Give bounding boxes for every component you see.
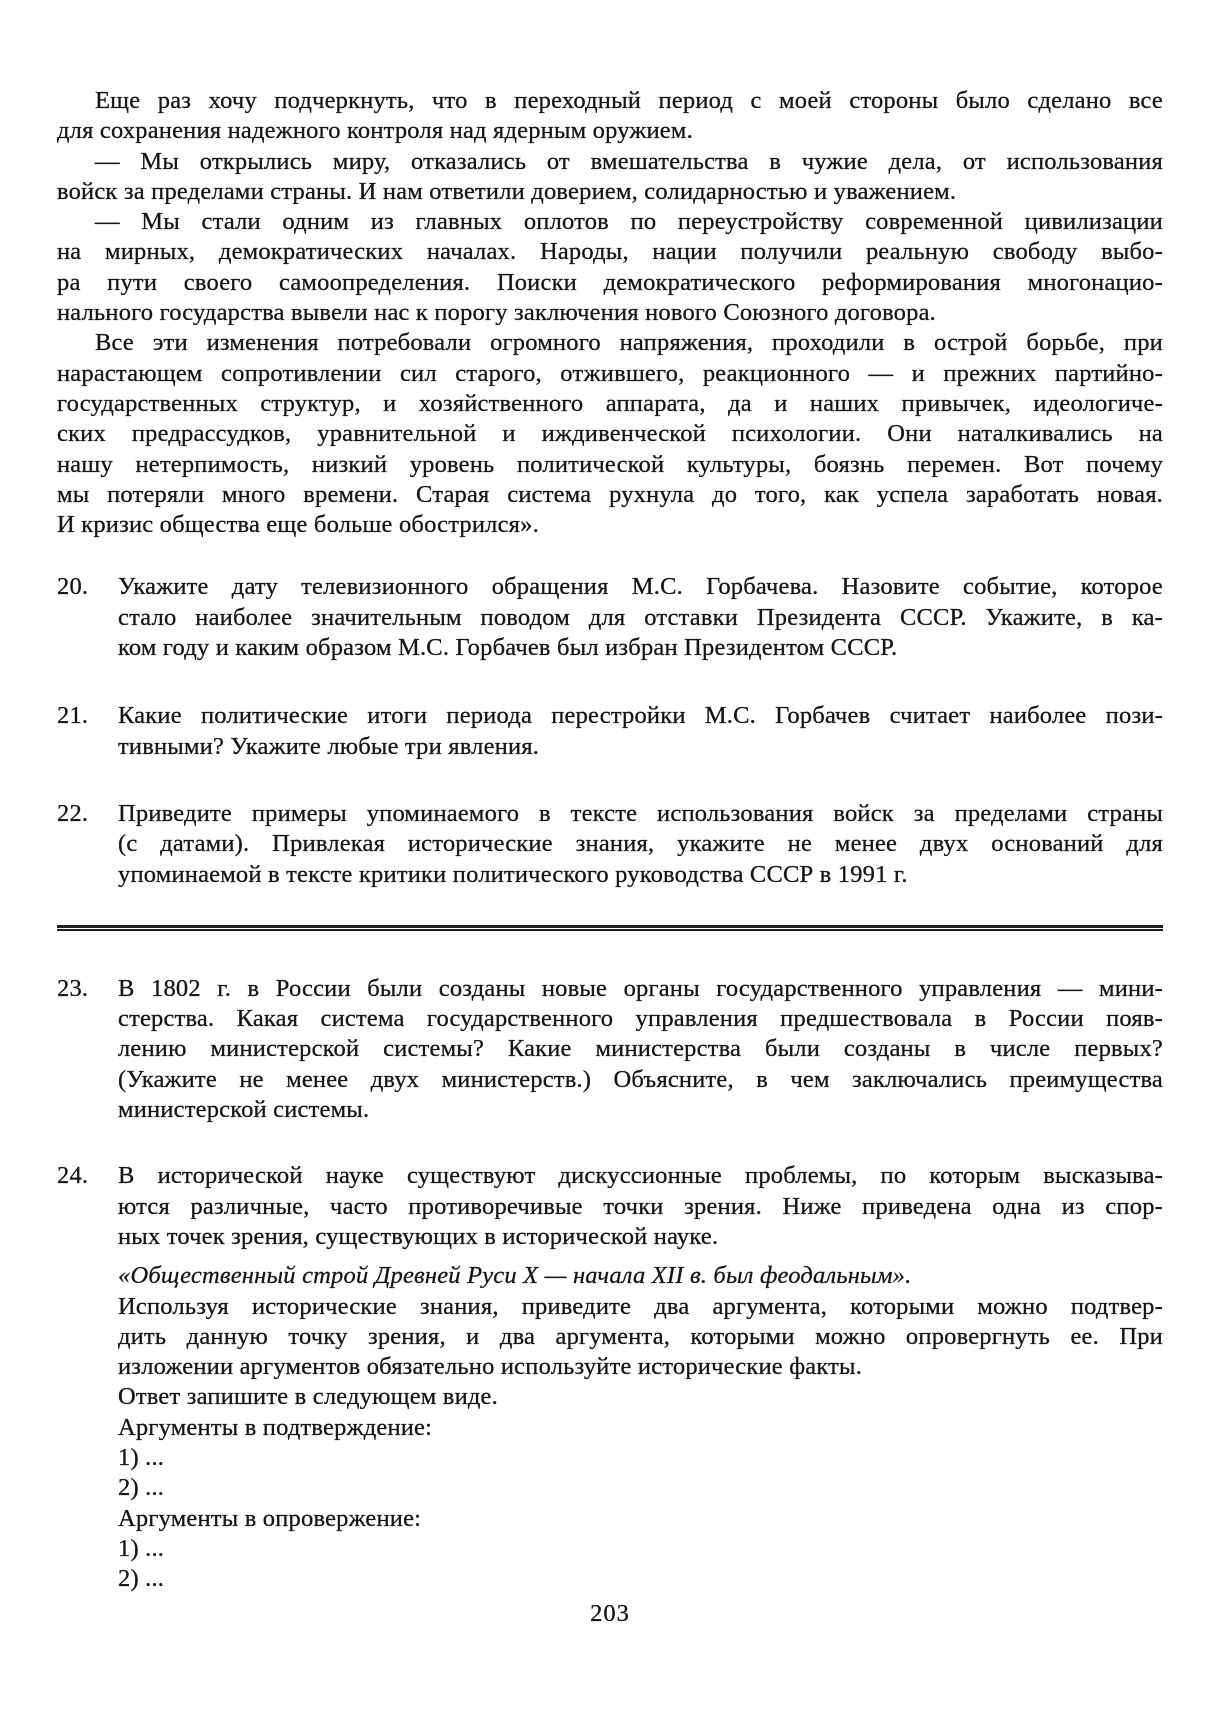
- section-divider: [57, 925, 1163, 931]
- question-24: 24. В исторической науке существуют диск…: [57, 1161, 1163, 1594]
- excerpt-line: нашу нетерпимость, низкий уровень полити…: [57, 450, 1163, 480]
- arguments-pro-header: Аргументы в подтверждение:: [118, 1413, 1163, 1443]
- excerpt-line: Еще раз хочу подчеркнуть, что в переходн…: [57, 86, 1163, 116]
- excerpt-line: — Мы стали одним из главных оплотов по п…: [57, 207, 1163, 237]
- question-line: (с датами). Привлекая исторические знани…: [118, 829, 1163, 859]
- excerpt-line: — Мы открылись миру, отказались от вмеша…: [57, 147, 1163, 177]
- question-line: Используя исторические знания, приведите…: [118, 1292, 1163, 1322]
- page-number: 203: [57, 1600, 1163, 1628]
- excerpt-line: ра пути своего самоопределения. Поиски д…: [57, 268, 1163, 298]
- question-line: Укажите дату телевизионного обращения М.…: [118, 572, 1163, 602]
- question-line: В исторической науке существуют дискусси…: [118, 1161, 1163, 1191]
- question-number: 24.: [57, 1161, 88, 1191]
- scanned-textbook-page: Еще раз хочу подчеркнуть, что в переходн…: [0, 0, 1216, 1712]
- disputed-statement-quote: «Общественный строй Древней Руси X — нач…: [118, 1261, 1163, 1291]
- question-line: стерства. Какая система государственного…: [118, 1004, 1163, 1034]
- question-20: 20. Укажите дату телевизионного обращени…: [57, 572, 1163, 663]
- question-22: 22. Приведите примеры упоминаемого в тек…: [57, 799, 1163, 890]
- question-number: 20.: [57, 572, 88, 602]
- arguments-con-item: 2) ...: [118, 1564, 1163, 1594]
- arguments-con-item: 1) ...: [118, 1534, 1163, 1564]
- excerpt-line: мы потеряли много времени. Старая систем…: [57, 480, 1163, 510]
- question-line: изложении аргументов обязательно использ…: [118, 1352, 1163, 1382]
- question-line: упоминаемой в тексте критики политическо…: [118, 860, 1163, 890]
- arguments-pro-item: 2) ...: [118, 1473, 1163, 1503]
- excerpt-line: государственных структур, и хозяйственно…: [57, 389, 1163, 419]
- question-line: В 1802 г. в России были созданы новые ор…: [118, 974, 1163, 1004]
- excerpt-line: И кризис общества еще больше обострился»…: [57, 510, 1163, 540]
- question-line: (Укажите не менее двух министерств.) Объ…: [118, 1065, 1163, 1095]
- excerpt-line: ских предрассудков, уравнительной и ижди…: [57, 419, 1163, 449]
- question-line: ются различные, часто противоречивые точ…: [118, 1192, 1163, 1222]
- question-line: ком году и каким образом М.С. Горбачев б…: [118, 633, 1163, 663]
- question-number: 22.: [57, 799, 88, 829]
- answer-format-note: Ответ запишите в следующем виде.: [118, 1382, 1163, 1412]
- question-line: стало наиболее значительным поводом для …: [118, 603, 1163, 633]
- question-number: 23.: [57, 974, 88, 1004]
- question-line: Какие политические итоги периода перестр…: [118, 701, 1163, 731]
- question-number: 21.: [57, 701, 88, 731]
- excerpt-line: Все эти изменения потребовали огромного …: [57, 328, 1163, 358]
- excerpt-line: для сохранения надежного контроля над яд…: [57, 116, 1163, 146]
- source-excerpt: Еще раз хочу подчеркнуть, что в переходн…: [57, 86, 1163, 540]
- excerpt-line: на мирных, демократических началах. Наро…: [57, 237, 1163, 267]
- question-line: Приведите примеры упоминаемого в тексте …: [118, 799, 1163, 829]
- excerpt-line: нарастающем сопротивлении сил старого, о…: [57, 359, 1163, 389]
- question-line: ных точек зрения, существующих в историч…: [118, 1222, 1163, 1252]
- excerpt-line: нального государства вывели нас к порогу…: [57, 298, 1163, 328]
- excerpt-line: войск за пределами страны. И нам ответил…: [57, 177, 1163, 207]
- question-line: министерской системы.: [118, 1095, 1163, 1125]
- arguments-pro-item: 1) ...: [118, 1443, 1163, 1473]
- question-21: 21. Какие политические итоги периода пер…: [57, 701, 1163, 762]
- question-line: лению министерской системы? Какие минист…: [118, 1034, 1163, 1064]
- question-line: дить данную точку зрения, и два аргумент…: [118, 1322, 1163, 1352]
- question-line: тивными? Укажите любые три явления.: [118, 732, 1163, 762]
- arguments-con-header: Аргументы в опровержение:: [118, 1504, 1163, 1534]
- question-23: 23. В 1802 г. в России были созданы новы…: [57, 974, 1163, 1125]
